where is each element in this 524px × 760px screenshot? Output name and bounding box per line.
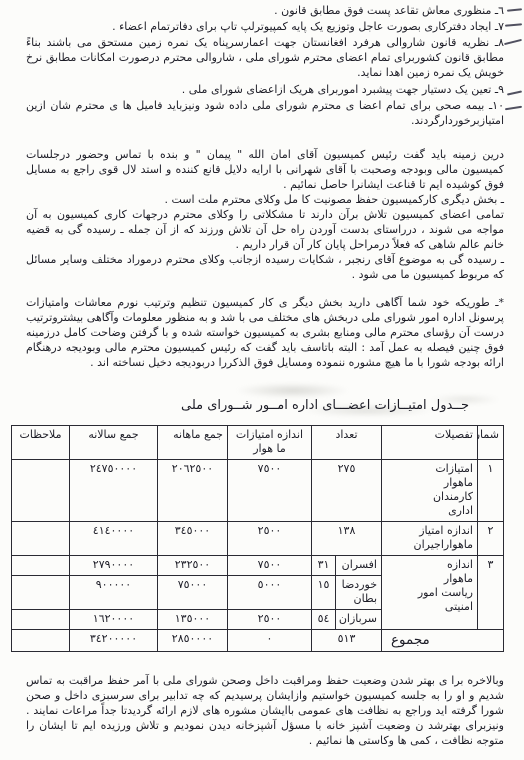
header-monthly: جمع ماهانه [157, 426, 227, 460]
paragraph-commission-contact: درین زمینه باید گفت رئیس کمیسیون آقای ام… [26, 147, 504, 192]
item-text: نظریه قانون شاروالی هرفرد افغانستان جهت … [26, 36, 504, 79]
paragraph-closing: وبالاخره برا ی بهتر شدن وضعیت حفظ ومراقب… [26, 673, 504, 748]
header-yearly: جمع سالانه [69, 426, 157, 460]
cell-total-count: ٥١٣ [311, 630, 381, 652]
cell-total-yearly: ٣٤٢٠٠٠٠٠ [69, 630, 157, 652]
cell-monthly: ٣٤٥٠٠٠ [157, 522, 227, 556]
cell-remarks [11, 522, 69, 556]
header-no: شماره [478, 426, 504, 460]
cell-rate: ٧٥٠٠ [227, 460, 311, 522]
cell-yearly: ٤١٤٠٠٠٠ [69, 522, 157, 556]
cell-total-remarks [11, 630, 69, 652]
cell-total-rate: ٠ [227, 630, 311, 652]
table-row-1: ١ امتیازات ماهوار کارمندان اداری ٢٧٥ ٧٥٠… [11, 460, 503, 522]
cell-count: ١٣٨ [311, 522, 381, 556]
item-number: ٦ـ [495, 4, 504, 17]
cell-count: ٢٧٥ [311, 460, 381, 522]
table-row-2: ٢ اندازه امتیاز ماهواراجیران ١٣٨ ٢٥٠٠ ٣٤… [11, 522, 503, 556]
cell-sub-count: ٥٤ [311, 610, 335, 630]
cell-sub-label: افسران [336, 556, 382, 576]
list-item-10: ١٠ـ بیمه صحی برای تمام اعضا ی محترم شورا… [26, 98, 504, 128]
cell-rate: ٧٥٠٠ [227, 556, 311, 576]
table-total-row: مجموع ٥١٣ ٠ ٢٨٥٠٠٠٠ ٣٤٢٠٠٠٠٠ [11, 630, 503, 652]
cell-total-label: مجموع [382, 630, 504, 652]
list-item-7: ٧ـ ایجاد دفترکاری بصورت عاجل وتوزیع یک پ… [26, 19, 504, 34]
cell-rate: ٢٥٠٠ [227, 610, 311, 630]
cell-details: امتیازات ماهوار کارمندان اداری [382, 460, 478, 522]
privileges-table: شماره تفصیلات تعداد اندازه امتیازات ما ه… [11, 425, 504, 652]
cell-yearly: ٢٧٩٠٠٠٠ [69, 556, 157, 576]
document-content: ٦ـ منظوری معاش تقاعد پست فوق مطابق قانون… [0, 0, 524, 748]
cell-details: اندازه امتیاز ماهواراجیران [382, 522, 478, 556]
item-number: ٨ـ [495, 36, 504, 49]
header-remarks: ملاحظات [11, 426, 69, 460]
item-number: ٧ـ [495, 20, 504, 33]
cell-details: اندازه ماهوار ریاست امور امنیتی [382, 556, 478, 630]
cell-rate: ٥٠٠٠ [227, 576, 311, 610]
cell-no: ٢ [478, 522, 504, 556]
cell-total-monthly: ٢٨٥٠٠٠٠ [157, 630, 227, 652]
cell-sub-label: خوردضا بطان [336, 576, 382, 610]
item-text: تعین یک دستیار جهت پیشبرد اموربرای هریک … [182, 83, 492, 96]
list-item-8: ٨ـ نظریه قانون شاروالی هرفرد افغانستان ج… [26, 35, 504, 80]
cell-sub-label: سربازان [336, 610, 382, 630]
scanned-document-page: ٦ـ منظوری معاش تقاعد پست فوق مطابق قانون… [0, 0, 524, 760]
cell-remarks [11, 460, 69, 522]
cell-yearly: ٩٠٠٠٠٠ [69, 576, 157, 610]
table-title: جــدول امتیــازات اعضـــای اداره امــور … [86, 397, 524, 414]
item-text: منظوری معاش تقاعد پست فوق مطابق قانون . [274, 4, 491, 17]
table-row-3-officers: ٣ اندازه ماهوار ریاست امور امنیتی افسران… [11, 556, 503, 576]
item-text: ایجاد دفترکاری بصورت عاجل وتوزیع یک پایه… [112, 20, 491, 33]
paragraph-ranjbar-case: ـ رسیده گی به موضوع آقای رنجبر ، شکایات … [26, 252, 504, 282]
cell-no: ١ [478, 460, 504, 522]
cell-remarks [11, 610, 69, 630]
cell-remarks [11, 576, 69, 610]
table-header-row: شماره تفصیلات تعداد اندازه امتیازات ما ه… [11, 426, 503, 460]
list-item-6: ٦ـ منظوری معاش تقاعد پست فوق مطابق قانون… [26, 3, 504, 18]
cell-yearly: ٢٤٧٥٠٠٠٠ [69, 460, 157, 522]
header-rate: اندازه امتیازات ما هوار [227, 426, 311, 460]
cell-monthly: ٢٠٦٢٥٠٠ [157, 460, 227, 522]
item-number: ٩ـ [495, 83, 504, 96]
paragraph-members-efforts: تمامی اعضای کمیسیون تلاش برآن دارند تا م… [26, 207, 504, 252]
cell-sub-count: ٣١ [311, 556, 335, 576]
cell-monthly: ٧٥٠٠٠ [157, 576, 227, 610]
cell-yearly: ١٦٢٠٠٠٠ [69, 610, 157, 630]
paragraph-immunity: ـ بخش دیگری کارکمیسیون حفظ مصونیت کا مل … [26, 192, 504, 207]
cell-rate: ٢٥٠٠ [227, 522, 311, 556]
item-text: بیمه صحی برای تمام اعضا ی محترم شورای مل… [26, 99, 504, 127]
cell-monthly: ٢٣٢٥٠٠ [157, 556, 227, 576]
cell-monthly: ١٣٥٠٠٠ [157, 610, 227, 630]
item-number: ١٠ـ [489, 99, 504, 112]
cell-no: ٣ [478, 556, 504, 630]
paragraph-norms-decision: *ـ طوریکه خود شما آگاهی دارید بخش دیگر ی… [26, 295, 504, 370]
list-item-9: ٩ـ تعین یک دستیار جهت پیشبرد اموربرای هر… [26, 82, 504, 97]
header-count: تعداد [311, 426, 381, 460]
cell-remarks [11, 556, 69, 576]
header-details: تفصیلات [382, 426, 478, 460]
cell-sub-count: ١٥ [311, 576, 335, 610]
